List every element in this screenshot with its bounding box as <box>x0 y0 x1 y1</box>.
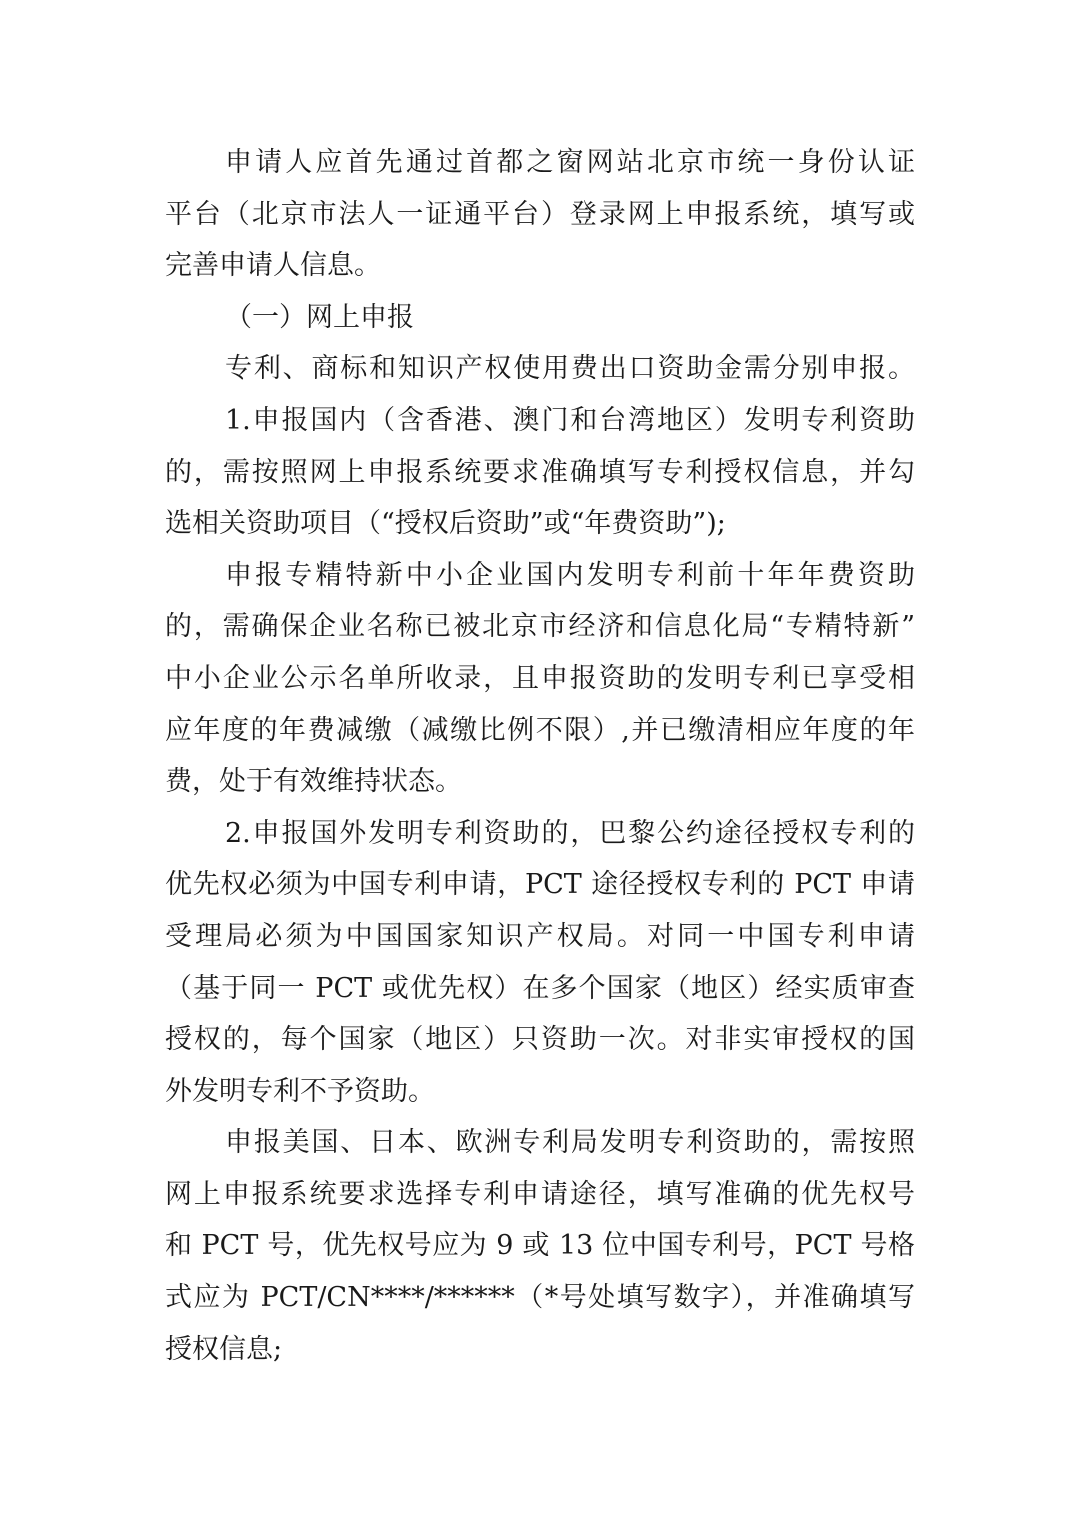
text-line: 完善申请人信息。 <box>165 240 915 292</box>
section-heading-online-application: （一）网上申报 <box>165 292 915 344</box>
text-line: 外发明专利不予资助。 <box>165 1066 915 1118</box>
text-line: 选相关资助项目（“授权后资助”或“年费资助”); <box>165 498 915 550</box>
paragraph-separate-applications: 专利、商标和知识产权使用费出口资助金需分别申报。 <box>165 343 915 395</box>
text-line: 1.申报国内（含香港、澳门和台湾地区）发明专利资助 <box>165 395 915 447</box>
text-line: 申报专精特新中小企业国内发明专利前十年年费资助 <box>165 550 915 602</box>
text-line: 和 PCT 号，优先权号应为 9 或 13 位中国专利号，PCT 号格 <box>165 1220 915 1272</box>
text-line: 式应为 PCT/CN****/******（*号处填写数字），并准确填写 <box>165 1272 915 1324</box>
text-line: 的，需确保企业名称已被北京市经济和信息化局“专精特新” <box>165 601 915 653</box>
text-line: 优先权必须为中国专利申请，PCT 途径授权专利的 PCT 申请 <box>165 859 915 911</box>
text-line: 费，处于有效维持状态。 <box>165 756 915 808</box>
text-line: 授权的，每个国家（地区）只资助一次。对非实审授权的国 <box>165 1014 915 1066</box>
text-line: 申报美国、日本、欧洲专利局发明专利资助的，需按照 <box>165 1117 915 1169</box>
text-line: 平台（北京市法人一证通平台）登录网上申报系统，填写或 <box>165 189 915 241</box>
paragraph-domestic-patent: 1.申报国内（含香港、澳门和台湾地区）发明专利资助 的，需按照网上申报系统要求准… <box>165 395 915 550</box>
text-line: （基于同一 PCT 或优先权）在多个国家（地区）经实质审查 <box>165 963 915 1015</box>
paragraph-foreign-patent: 2.申报国外发明专利资助的，巴黎公约途径授权专利的 优先权必须为中国专利申请，P… <box>165 808 915 1118</box>
document-page: 申请人应首先通过首都之窗网站北京市统一身份认证 平台（北京市法人一证通平台）登录… <box>0 0 1080 1527</box>
text-line: 专利、商标和知识产权使用费出口资助金需分别申报。 <box>165 343 915 395</box>
text-line: 授权信息; <box>165 1324 915 1376</box>
text-line: 2.申报国外发明专利资助的，巴黎公约途径授权专利的 <box>165 808 915 860</box>
text-line: 网上申报系统要求选择专利申请途径，填写准确的优先权号 <box>165 1169 915 1221</box>
text-line: 申请人应首先通过首都之窗网站北京市统一身份认证 <box>165 137 915 189</box>
text-line: 中小企业公示名单所收录，且申报资助的发明专利已享受相 <box>165 653 915 705</box>
text-line: 应年度的年费减缴（减缴比例不限）,并已缴清相应年度的年 <box>165 705 915 757</box>
text-line: 受理局必须为中国国家知识产权局。对同一中国专利申请 <box>165 911 915 963</box>
paragraph-login-instructions: 申请人应首先通过首都之窗网站北京市统一身份认证 平台（北京市法人一证通平台）登录… <box>165 137 915 292</box>
paragraph-specialized-sme: 申报专精特新中小企业国内发明专利前十年年费资助 的，需确保企业名称已被北京市经济… <box>165 550 915 808</box>
section-heading: （一）网上申报 <box>165 292 915 344</box>
text-line: 的，需按照网上申报系统要求准确填写专利授权信息，并勾 <box>165 447 915 499</box>
document-body: 申请人应首先通过首都之窗网站北京市统一身份认证 平台（北京市法人一证通平台）登录… <box>165 137 915 1375</box>
paragraph-us-jp-ep-patent: 申报美国、日本、欧洲专利局发明专利资助的，需按照 网上申报系统要求选择专利申请途… <box>165 1117 915 1375</box>
